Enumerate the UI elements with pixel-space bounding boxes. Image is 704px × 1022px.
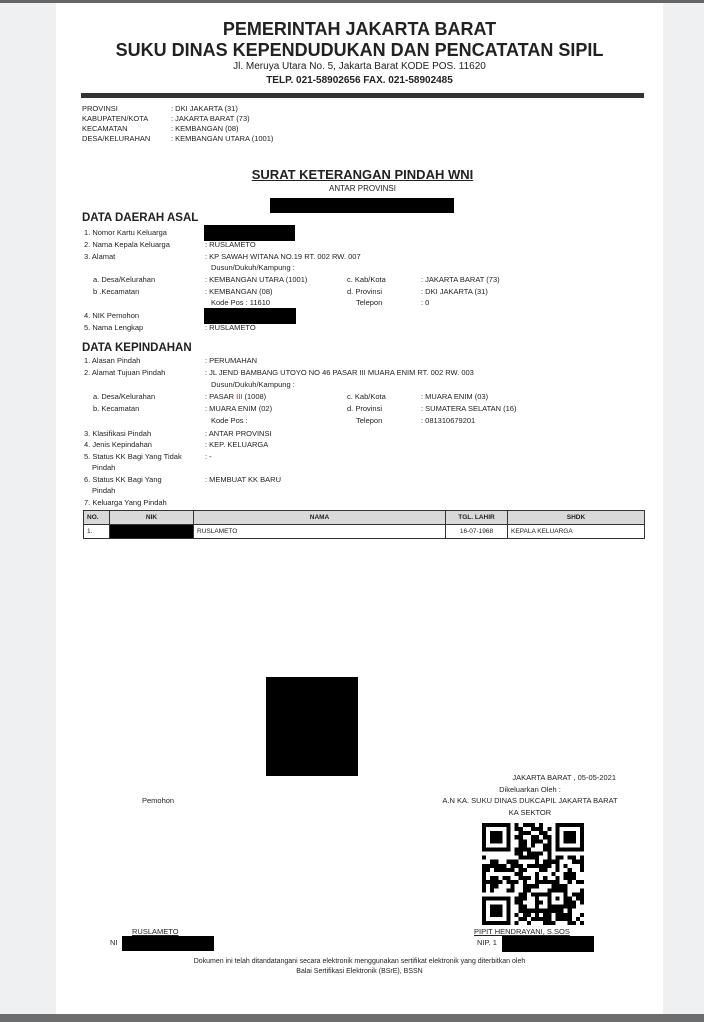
value-dusun-tujuan: Dusun/Dukuh/Kampung :: [211, 380, 295, 390]
label-telp-tujuan: Telepon: [356, 416, 382, 426]
value-kab-tujuan: : MUARA ENIM (03): [421, 392, 488, 402]
value-kodepos-tujuan: Kode Pos :: [211, 416, 248, 426]
label-desa-tujuan: a. Desa/Kelurahan: [93, 392, 155, 402]
value-nama: : RUSLAMETO: [205, 323, 256, 333]
value-kepala: : RUSLAMETO: [205, 240, 256, 250]
section-pindah-heading: DATA KEPINDAHAN: [82, 342, 192, 354]
label-alamat: 3. Alamat: [84, 252, 115, 262]
footer-line-1: Dokumen ini telah ditandatangani secara …: [56, 957, 663, 967]
applicant-id-prefix: NI: [110, 938, 118, 948]
place-date: JAKARTA BARAT , 05-05-2021: [56, 773, 616, 783]
issued-by: Dikeluarkan Oleh :: [426, 785, 634, 795]
label-status-tidak: 5. Status KK Bagi Yang Tidak: [84, 452, 182, 462]
redacted-table-nik: [110, 525, 194, 539]
label-desa: a. Desa/Kelurahan: [93, 275, 155, 285]
redacted-applicant-id: [122, 936, 214, 951]
label-status-2: Pindah: [92, 486, 115, 496]
label-prov-tujuan: d. Provinsi: [347, 404, 382, 414]
applicant-label: Pemohon: [142, 796, 174, 806]
value-klasifikasi: : ANTAR PROVINSI: [205, 429, 272, 439]
value-kodepos: Kode Pos : 11610: [211, 298, 270, 308]
value-alamat-tujuan: : JL JEND BAMBANG UTOYO NO 46 PASAR III …: [205, 368, 474, 378]
label-alasan: 1. Alasan Pindah: [84, 356, 140, 366]
document-page: PEMERINTAH JAKARTA BARAT SUKU DINAS KEPE…: [56, 3, 663, 1014]
value-desa-tujuan: : PASAR III (1008): [205, 392, 266, 402]
value-kecamatan-tujuan: : MUARA ENIM (02): [205, 404, 272, 414]
redacted-photo: [266, 677, 358, 776]
document-title: SURAT KETERANGAN PINDAH WNI: [56, 167, 669, 182]
region-values: : DKI JAKARTA (31) : JAKARTA BARAT (73) …: [171, 104, 273, 144]
redacted-kk-number: [204, 225, 295, 241]
value-kab: : JAKARTA BARAT (73): [421, 275, 500, 285]
label-nik: 4. NIK Pemohon: [84, 311, 139, 321]
label-alamat-tujuan: 2. Alamat Tujuan Pindah: [84, 368, 165, 378]
value-prov: : DKI JAKARTA (31): [421, 287, 488, 297]
label-kab: c. Kab/Kota: [347, 275, 386, 285]
header-phone: TELP. 021-58902656 FAX. 021-58902485: [56, 75, 663, 86]
value-kecamatan: : KEMBANGAN (08): [205, 287, 273, 297]
redacted-document-number: [270, 198, 454, 213]
region-labels: PROVINSI KABUPATEN/KOTA KECAMATAN DESA/K…: [82, 104, 150, 144]
value-jenis: : KEP. KELUARGA: [205, 440, 268, 450]
label-prov: d. Provinsi: [347, 287, 382, 297]
redacted-official-id: [502, 936, 594, 952]
keluarga-table: NO. NIK NAMA TGL. LAHIR SHDK 1. RUSLAMET…: [83, 510, 645, 539]
label-nama: 5. Nama Lengkap: [84, 323, 143, 333]
label-telp: Telepon: [356, 298, 382, 308]
label-kepala: 2. Nama Kepala Keluarga: [84, 240, 170, 250]
issuing-office: A.N KA. SUKU DINAS DUKCAPIL JAKARTA BARA…: [416, 796, 644, 806]
value-dusun: Dusun/Dukuh/Kampung :: [211, 263, 295, 273]
official-position: KA SEKTOR: [426, 808, 634, 818]
value-status-tidak: : -: [205, 452, 212, 462]
header-address: Jl. Meruya Utara No. 5, Jakarta Barat KO…: [56, 61, 663, 72]
value-desa: : KEMBANGAN UTARA (1001): [205, 275, 307, 285]
viewer-bottom-bar: [0, 1014, 704, 1022]
table-row: 1. RUSLAMETO 16-07-1968 KEPALA KELUARGA: [84, 525, 645, 539]
redacted-nik: [204, 308, 296, 324]
header-line-2: SUKU DINAS KEPENDUDUKAN DAN PENCATATAN S…: [56, 40, 663, 61]
value-telp: : 0: [421, 298, 429, 308]
footer-line-2: Balai Sertifikasi Elektronik (BSrE), BSS…: [56, 967, 663, 977]
value-prov-tujuan: : SUMATERA SELATAN (16): [421, 404, 516, 414]
label-status: 6. Status KK Bagi Yang: [84, 475, 162, 485]
label-jenis: 4. Jenis Kepindahan: [84, 440, 152, 450]
header-line-1: PEMERINTAH JAKARTA BARAT: [56, 19, 663, 40]
label-status-tidak-2: Pindah: [92, 463, 115, 473]
value-telp-tujuan: : 081310679201: [421, 416, 475, 426]
label-keluarga: 7. Keluarga Yang Pindah: [84, 498, 167, 508]
value-alasan: : PERUMAHAN: [205, 356, 257, 366]
label-kecamatan-tujuan: b. Kecamatan: [93, 404, 139, 414]
official-id-prefix: NIP. 1: [477, 938, 497, 948]
value-alamat: : KP SAWAH WITANA NO.19 RT. 002 RW. 007: [205, 252, 361, 262]
label-klasifikasi: 3. Klasifikasi Pindah: [84, 429, 151, 439]
label-kecamatan: b .Kecamatan: [93, 287, 139, 297]
header-rule: [81, 93, 644, 98]
section-asal-heading: DATA DAERAH ASAL: [82, 212, 198, 224]
document-subtitle: ANTAR PROVINSI: [56, 184, 669, 193]
value-status: : MEMBUAT KK BARU: [205, 475, 281, 485]
qr-code: [481, 823, 585, 925]
table-header-row: NO. NIK NAMA TGL. LAHIR SHDK: [84, 511, 645, 525]
label-kk: 1. Nomor Kartu Keluarga: [84, 228, 167, 238]
label-kab-tujuan: c. Kab/Kota: [347, 392, 386, 402]
